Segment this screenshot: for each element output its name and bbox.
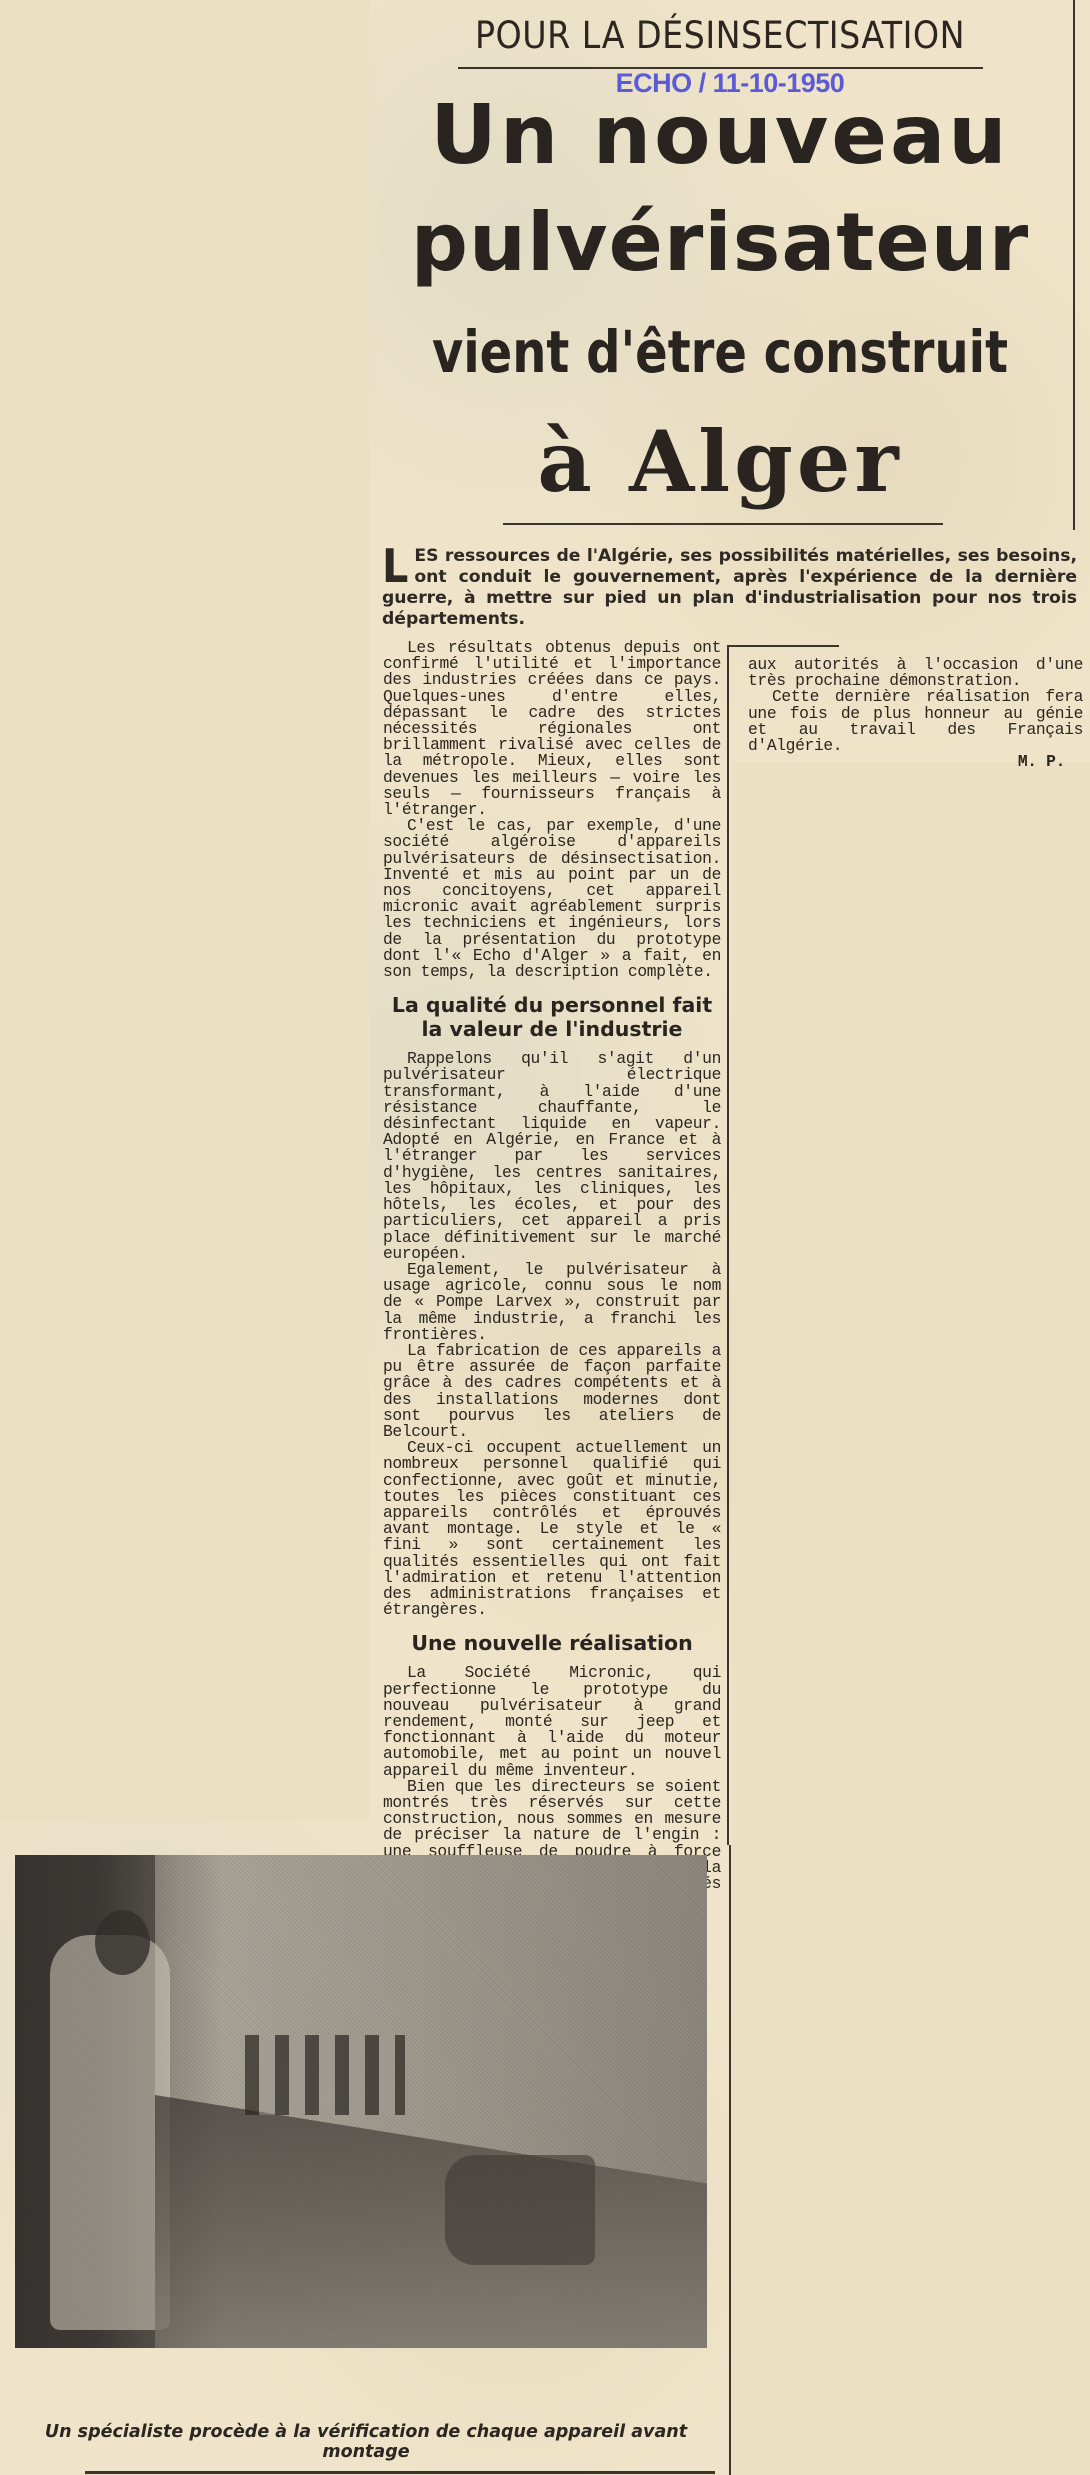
body-column-left: Les résultats obtenus depuis ont confirm…	[383, 640, 721, 1908]
body-paragraph: aux autorités à l'occasion d'une très pr…	[748, 657, 1083, 689]
body-paragraph: La fabrication de ces appareils a pu êtr…	[383, 1343, 721, 1440]
worker-at-workbench-photo	[15, 1855, 707, 2348]
photo-caption: Un spécialiste procède à la vérification…	[0, 2422, 732, 2462]
article-kicker: POUR LA DÉSINSECTISATION	[455, 14, 985, 57]
subheading-new-realisation: Une nouvelle réalisation	[383, 1631, 721, 1655]
body-paragraph: C'est le cas, par exemple, d'une société…	[383, 818, 721, 980]
subheading-quality: La qualité du personnel fait la valeur d…	[383, 993, 721, 1041]
lede-text: ES ressources de l'Algérie, ses possibil…	[382, 546, 1077, 629]
body-paragraph: Cette dernière réalisation fera une fois…	[748, 689, 1083, 754]
body-column-right: aux autorités à l'occasion d'une très pr…	[748, 657, 1083, 770]
body-paragraph: La Société Micronic, qui perfectionne le…	[383, 1665, 721, 1778]
bottom-rule	[85, 2471, 715, 2474]
article-lede: L ES ressources de l'Algérie, ses possib…	[382, 546, 1077, 630]
column-box-top-rule	[727, 645, 839, 647]
photo-right-rule	[729, 1845, 731, 2475]
body-paragraph: Rappelons qu'il s'agit d'un pulvérisateu…	[383, 1051, 721, 1262]
headline-line-3: vient d'être construit	[412, 318, 1028, 386]
headline-line-4: à Alger	[385, 412, 1055, 511]
headline-underline	[503, 523, 943, 525]
headline-line-1: Un nouveau	[385, 88, 1055, 183]
body-paragraph: Ceux-ci occupent actuellement un nombreu…	[383, 1440, 721, 1618]
column-divider-rule	[727, 645, 729, 1845]
photo-devices	[245, 2035, 405, 2115]
body-paragraph: Egalement, le pulvérisateur à usage agri…	[383, 1262, 721, 1343]
photo-machine	[445, 2155, 595, 2265]
photo-worker-head	[95, 1910, 150, 1975]
headline-line-2: pulvérisateur	[385, 196, 1055, 289]
photo-workbench	[155, 2095, 707, 2348]
body-paragraph: Les résultats obtenus depuis ont confirm…	[383, 640, 721, 818]
author-signature: M. P.	[748, 754, 1083, 770]
lede-dropcap: L	[382, 546, 408, 586]
photo-worker-figure	[50, 1935, 170, 2330]
